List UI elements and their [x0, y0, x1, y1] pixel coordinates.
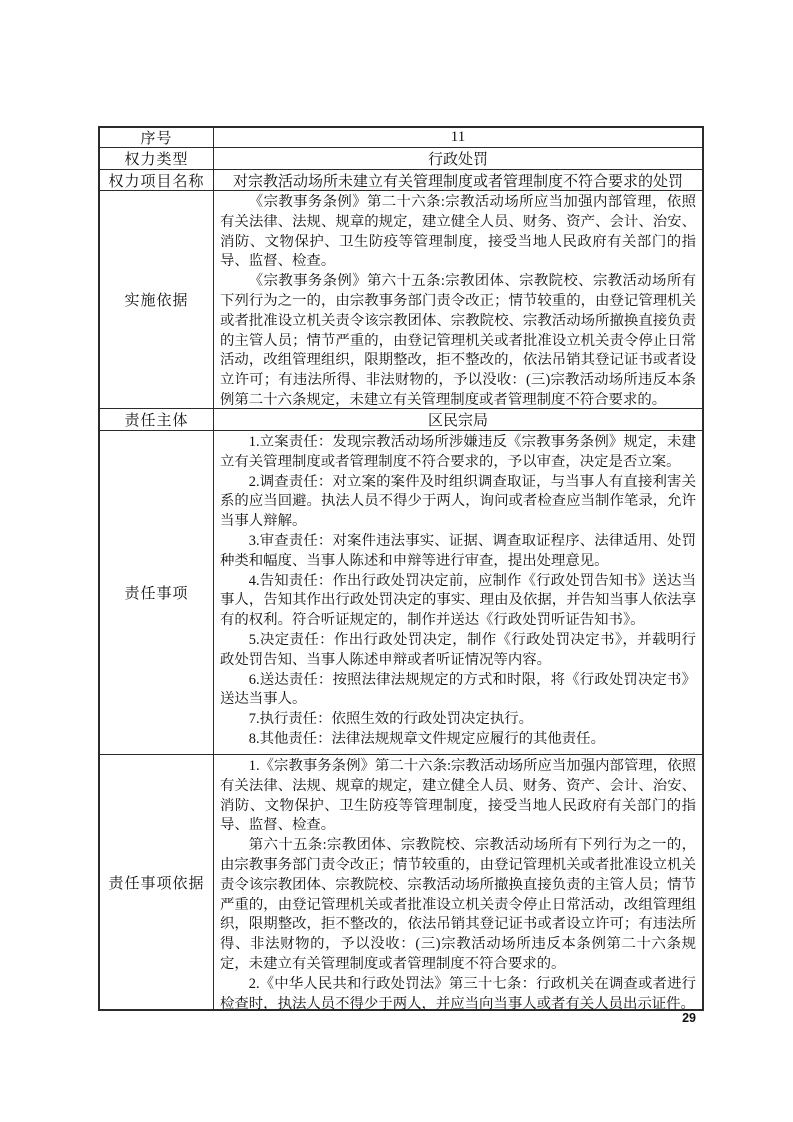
cell-power-type: 行政处罚: [214, 148, 702, 169]
row-responsibility-items: 责任事项 1.立案责任：发现宗教活动场所涉嫌违反《宗教事务条例》规定，未建立有关…: [100, 430, 702, 754]
row-implementation-basis: 实施依据 《宗教事务条例》第二十六条:宗教活动场所应当加强内部管理，依照有关法律…: [100, 190, 702, 408]
paragraph: 8.其他责任：法律法规规章文件规定应履行的其他责任。: [220, 730, 696, 750]
paragraph: 1.《宗教事务条例》第二十六条:宗教活动场所应当加强内部管理，依照有关法律、法规…: [220, 757, 696, 836]
cell-responsibility-items: 1.立案责任：发现宗教活动场所涉嫌违反《宗教事务条例》规定，未建立有关管理制度或…: [214, 431, 702, 754]
row-label-serial-number: 序号: [100, 128, 214, 147]
row-serial-number: 序号 11: [100, 128, 702, 147]
paragraph: 7.执行责任：依照生效的行政处罚决定执行。: [220, 710, 696, 730]
row-responsibility-items-basis: 责任事项依据 1.《宗教事务条例》第二十六条:宗教活动场所应当加强内部管理，依照…: [100, 754, 702, 1009]
paragraph: 4.告知责任：作出行政处罚决定前，应制作《行政处罚告知书》送达当事人，告知其作出…: [220, 572, 696, 631]
cell-serial-number: 11: [214, 128, 702, 147]
cell-responsibility-items-basis: 1.《宗教事务条例》第二十六条:宗教活动场所应当加强内部管理，依照有关法律、法规…: [214, 755, 702, 1009]
page-number: 29: [682, 1011, 696, 1025]
paragraph: 3.审查责任：对案件违法事实、证据、调查取证程序、法律适用、处罚种类和幅度、当事…: [220, 532, 696, 572]
row-label-responsibility-items-basis: 责任事项依据: [100, 755, 214, 1009]
cell-implementation-basis: 《宗教事务条例》第二十六条:宗教活动场所应当加强内部管理，依照有关法律、法规、规…: [214, 191, 702, 408]
cell-responsible-entity: 区民宗局: [214, 409, 702, 430]
row-label-responsible-entity: 责任主体: [100, 409, 214, 430]
power-item-table: 序号 11 权力类型 行政处罚 权力项目名称 对宗教活动场所未建立有关管理制度或…: [98, 126, 704, 1011]
paragraph: 《宗教事务条例》第二十六条:宗教活动场所应当加强内部管理，依照有关法律、法规、规…: [220, 193, 696, 272]
paragraph: 5.决定责任：作出行政处罚决定，制作《行政处罚决定书》，并载明行政处罚告知、当事…: [220, 631, 696, 671]
row-label-power-type: 权力类型: [100, 148, 214, 169]
row-power-type: 权力类型 行政处罚: [100, 147, 702, 169]
row-power-item-name: 权力项目名称 对宗教活动场所未建立有关管理制度或者管理制度不符合要求的处罚: [100, 169, 702, 190]
row-label-responsibility-items: 责任事项: [100, 431, 214, 754]
row-label-implementation-basis: 实施依据: [100, 191, 214, 408]
document-page: 序号 11 权力类型 行政处罚 权力项目名称 对宗教活动场所未建立有关管理制度或…: [0, 0, 793, 1122]
paragraph: 《宗教事务条例》第六十五条:宗教团体、宗教院校、宗教活动场所有下列行为之一的，由…: [220, 272, 696, 408]
row-responsible-entity: 责任主体 区民宗局: [100, 408, 702, 430]
row-label-power-item-name: 权力项目名称: [100, 170, 214, 190]
cell-power-item-name: 对宗教活动场所未建立有关管理制度或者管理制度不符合要求的处罚: [214, 170, 702, 190]
paragraph: 2.调查责任：对立案的案件及时组织调查取证，与当事人有直接利害关系的应当回避。执…: [220, 473, 696, 532]
paragraph: 1.立案责任：发现宗教活动场所涉嫌违反《宗教事务条例》规定，未建立有关管理制度或…: [220, 433, 696, 473]
paragraph: 第六十五条:宗教团体、宗教院校、宗教活动场所有下列行为之一的，由宗教事务部门责令…: [220, 836, 696, 975]
paragraph: 6.送达责任：按照法律法规规定的方式和时限，将《行政处罚决定书》送达当事人。: [220, 671, 696, 711]
paragraph: 2.《中华人民共和行政处罚法》第三十七条：行政机关在调查或者进行检查时，执法人员…: [220, 975, 696, 1009]
